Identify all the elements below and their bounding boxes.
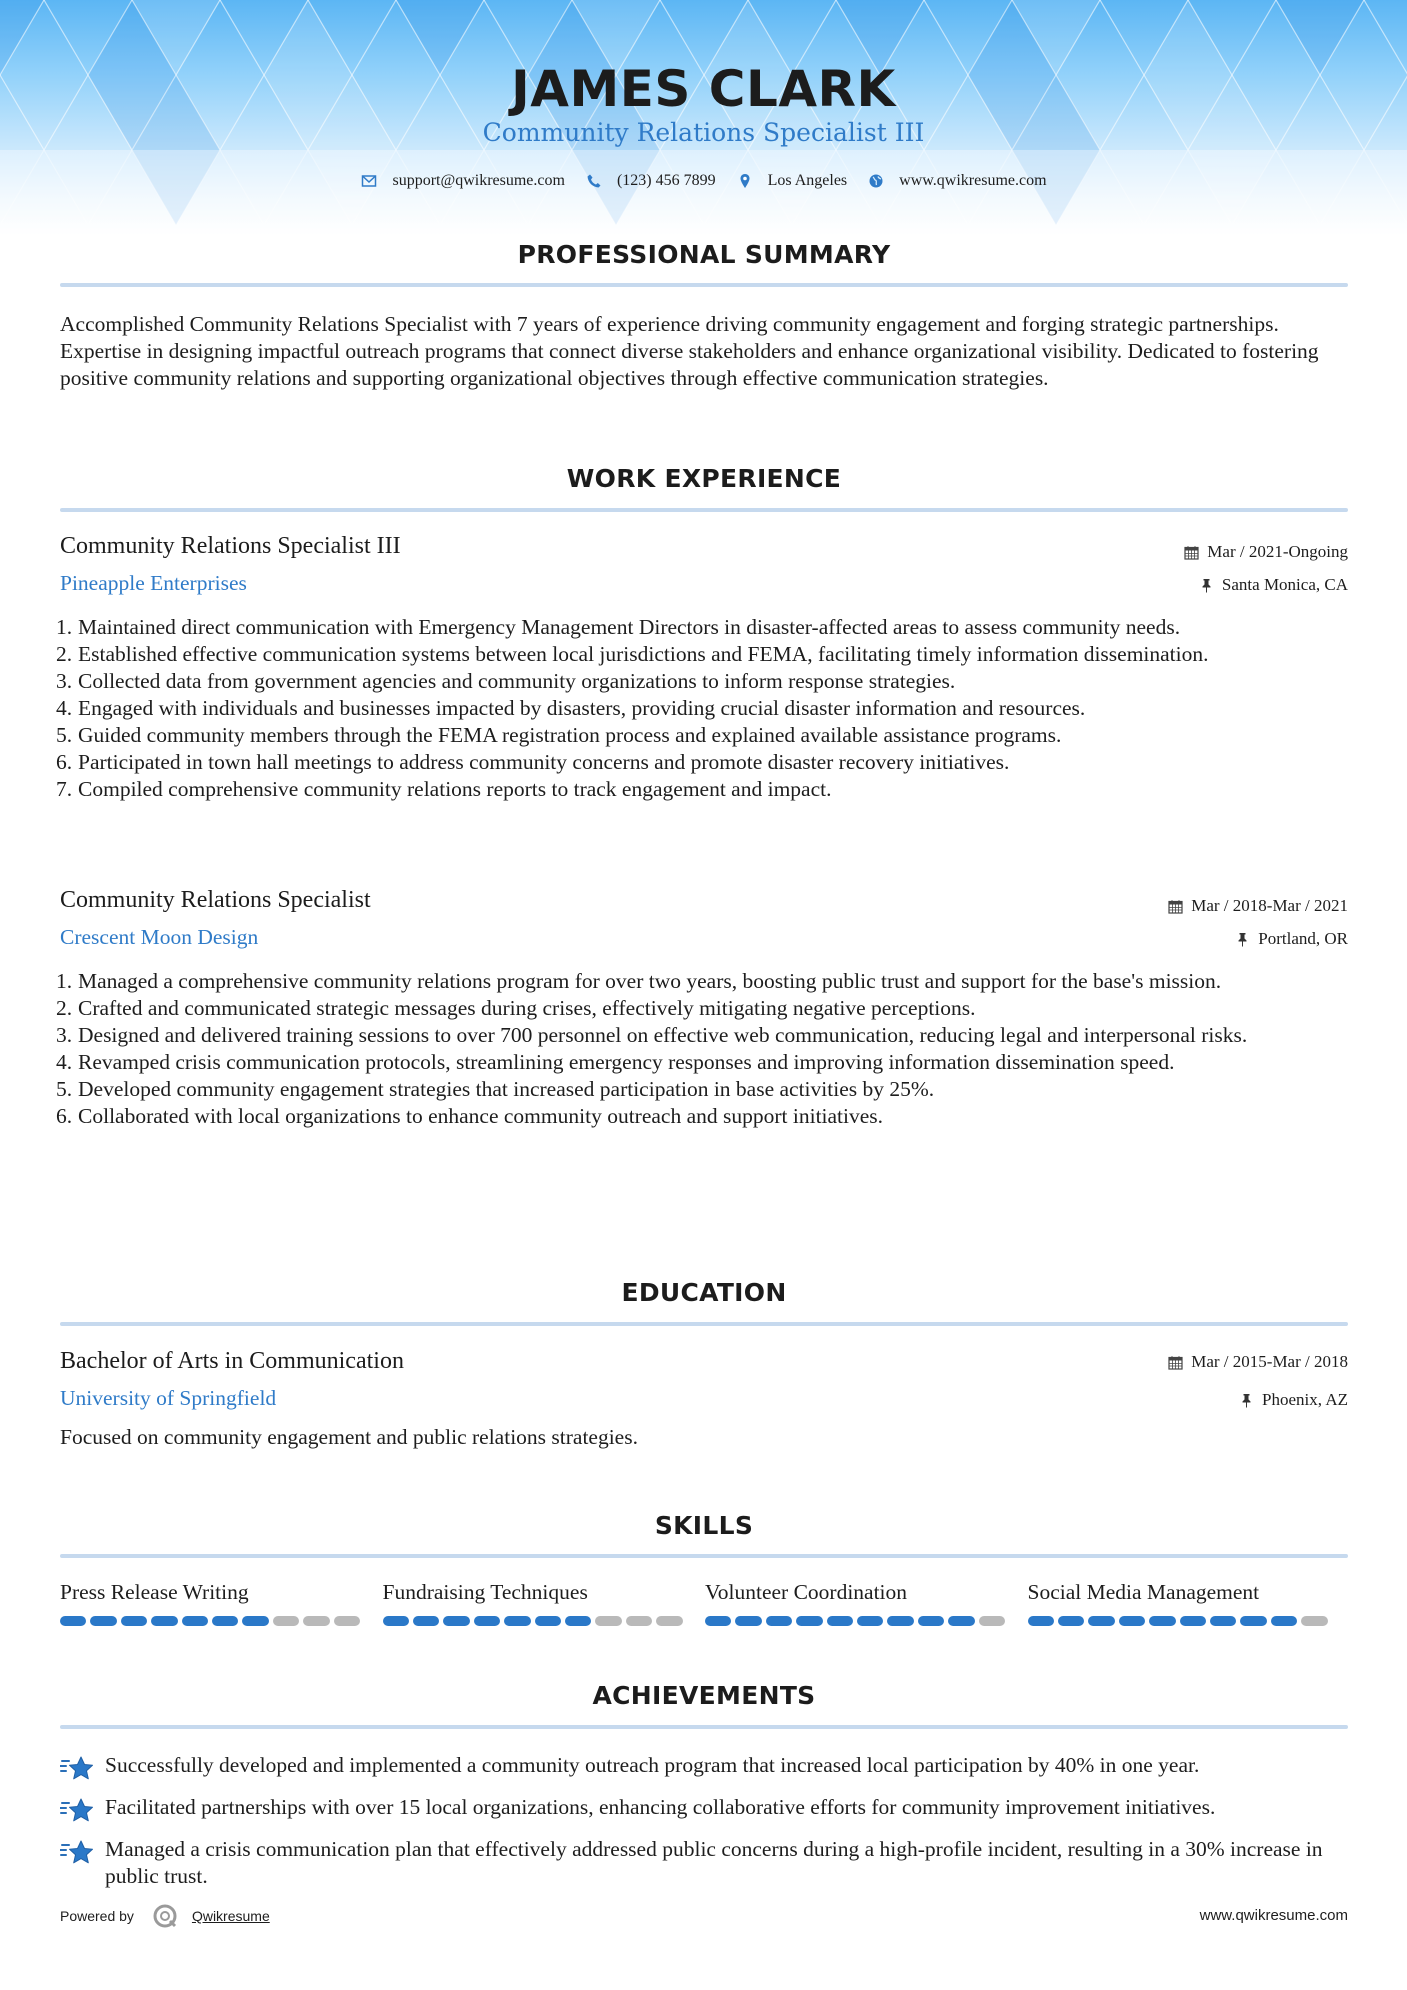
- skill-segment: [443, 1616, 469, 1626]
- job-1-title: Community Relations Specialist III: [60, 533, 401, 560]
- qwikresume-link[interactable]: Qwikresume: [192, 1908, 270, 1924]
- education-description: Focused on community engagement and publ…: [60, 1424, 1350, 1451]
- skill-segment: [735, 1616, 761, 1626]
- skill-segment: [1058, 1616, 1084, 1626]
- calendar-icon: [1168, 899, 1183, 914]
- powered-by-label: Powered by: [60, 1908, 134, 1924]
- skill-item: Press Release Writing: [60, 1580, 383, 1626]
- skill-segment: [212, 1616, 238, 1626]
- skill-segment: [887, 1616, 913, 1626]
- job-2-dates-text: Mar / 2018-Mar / 2021: [1191, 896, 1348, 916]
- skill-name: Social Media Management: [1028, 1580, 1351, 1610]
- job-1-location: Santa Monica, CA: [1199, 575, 1348, 595]
- education-dates-text: Mar / 2015-Mar / 2018: [1191, 1352, 1348, 1372]
- responsibility-text: Collected data from government agencies …: [78, 669, 955, 693]
- summary-text: Accomplished Community Relations Special…: [60, 311, 1350, 392]
- skill-segment: [656, 1616, 682, 1626]
- responsibility-text: Established effective communication syst…: [78, 642, 1209, 666]
- job-2-dates: Mar / 2018-Mar / 2021: [1168, 896, 1348, 916]
- responsibility-item: 1.Maintained direct communication with E…: [60, 614, 1350, 641]
- responsibility-item: 6.Collaborated with local organizations …: [60, 1103, 1350, 1130]
- pushpin-icon: [1199, 578, 1214, 593]
- skills-divider: [60, 1554, 1348, 1558]
- skill-segment: [1088, 1616, 1114, 1626]
- pushpin-icon: [1239, 1393, 1254, 1408]
- list-number: 6.: [56, 1103, 72, 1130]
- skill-segment: [535, 1616, 561, 1626]
- star-icon: [60, 1838, 94, 1868]
- responsibility-text: Designed and delivered training sessions…: [78, 1023, 1247, 1047]
- phone-icon: [585, 172, 603, 190]
- skill-segment: [1180, 1616, 1206, 1626]
- footer-website[interactable]: www.qwikresume.com: [1200, 1907, 1348, 1924]
- responsibility-item: 5.Developed community engagement strateg…: [60, 1076, 1350, 1103]
- skill-segment: [1149, 1616, 1175, 1626]
- responsibility-text: Revamped crisis communication protocols,…: [78, 1050, 1174, 1074]
- responsibility-item: 6.Participated in town hall meetings to …: [60, 749, 1350, 776]
- contact-website-text: www.qwikresume.com: [899, 172, 1046, 190]
- skill-item: Volunteer Coordination: [705, 1580, 1028, 1626]
- skill-name: Press Release Writing: [60, 1580, 383, 1610]
- skill-segment: [334, 1616, 360, 1626]
- star-icon: [60, 1796, 94, 1826]
- skill-segment: [1210, 1616, 1236, 1626]
- skill-segment: [766, 1616, 792, 1626]
- skill-segment: [242, 1616, 268, 1626]
- summary-divider: [60, 283, 1348, 287]
- skill-name: Fundraising Techniques: [383, 1580, 706, 1610]
- job-1-company: Pineapple Enterprises: [60, 571, 247, 596]
- achievement-item: Facilitated partnerships with over 15 lo…: [60, 1794, 1350, 1821]
- candidate-name: JAMES CLARK: [0, 60, 1407, 118]
- job-2-company: Crescent Moon Design: [60, 925, 258, 950]
- responsibility-item: 2.Crafted and communicated strategic mes…: [60, 995, 1350, 1022]
- contact-location: Los Angeles: [736, 172, 848, 190]
- skill-segment: [303, 1616, 329, 1626]
- skill-segment: [626, 1616, 652, 1626]
- skill-segment: [565, 1616, 591, 1626]
- job-1-dates-text: Mar / 2021-Ongoing: [1207, 542, 1348, 562]
- powered-by: Powered by Qwikresume: [60, 1903, 270, 1929]
- list-number: 5.: [56, 722, 72, 749]
- achievements-list: Successfully developed and implemented a…: [60, 1752, 1350, 1905]
- contact-email-text: support@qwikresume.com: [392, 172, 564, 190]
- responsibility-text: Engaged with individuals and businesses …: [78, 696, 1085, 720]
- education-dates: Mar / 2015-Mar / 2018: [1168, 1352, 1348, 1372]
- pushpin-icon: [1235, 932, 1250, 947]
- list-number: 3.: [56, 1022, 72, 1049]
- qwikresume-logo-icon: [152, 1903, 178, 1929]
- contact-bar: support@qwikresume.com (123) 456 7899 Lo…: [0, 172, 1407, 190]
- skill-segment: [1271, 1616, 1297, 1626]
- skill-segment: [948, 1616, 974, 1626]
- skill-segment: [827, 1616, 853, 1626]
- list-number: 6.: [56, 749, 72, 776]
- contact-email[interactable]: support@qwikresume.com: [360, 172, 564, 190]
- achievement-item: Managed a crisis communication plan that…: [60, 1836, 1350, 1890]
- responsibility-item: 3.Designed and delivered training sessio…: [60, 1022, 1350, 1049]
- skill-segment: [413, 1616, 439, 1626]
- experience-heading: WORK EXPERIENCE: [60, 464, 1348, 493]
- calendar-icon: [1168, 1355, 1183, 1370]
- list-number: 5.: [56, 1076, 72, 1103]
- skill-segment: [1301, 1616, 1327, 1626]
- achievement-text: Facilitated partnerships with over 15 lo…: [105, 1795, 1215, 1819]
- responsibility-item: 7.Compiled comprehensive community relat…: [60, 776, 1350, 803]
- skill-segment: [504, 1616, 530, 1626]
- achievements-divider: [60, 1725, 1348, 1729]
- responsibility-item: 3.Collected data from government agencie…: [60, 668, 1350, 695]
- responsibility-text: Compiled comprehensive community relatio…: [78, 777, 831, 801]
- list-number: 2.: [56, 995, 72, 1022]
- responsibility-text: Guided community members through the FEM…: [78, 723, 1061, 747]
- job-2-location: Portland, OR: [1235, 929, 1348, 949]
- skill-segment: [60, 1616, 86, 1626]
- summary-heading: PROFESSIONAL SUMMARY: [60, 240, 1348, 269]
- responsibility-text: Collaborated with local organizations to…: [78, 1104, 883, 1128]
- resume-header: JAMES CLARK Community Relations Speciali…: [0, 0, 1407, 235]
- responsibility-text: Managed a comprehensive community relati…: [78, 969, 1221, 993]
- contact-website[interactable]: www.qwikresume.com: [867, 172, 1046, 190]
- skill-segment: [705, 1616, 731, 1626]
- skill-segment: [1119, 1616, 1145, 1626]
- list-number: 2.: [56, 641, 72, 668]
- skill-segment: [474, 1616, 500, 1626]
- envelope-icon: [360, 172, 378, 190]
- skill-segment: [796, 1616, 822, 1626]
- skill-item: Social Media Management: [1028, 1580, 1351, 1626]
- list-number: 3.: [56, 668, 72, 695]
- contact-phone[interactable]: (123) 456 7899: [585, 172, 716, 190]
- education-degree: Bachelor of Arts in Communication: [60, 1348, 404, 1375]
- skill-segment: [151, 1616, 177, 1626]
- list-number: 4.: [56, 1049, 72, 1076]
- skill-level-bar: [383, 1616, 683, 1626]
- job-1-responsibilities: 1.Maintained direct communication with E…: [60, 614, 1350, 803]
- achievement-text: Managed a crisis communication plan that…: [105, 1837, 1323, 1888]
- skill-segment: [383, 1616, 409, 1626]
- skill-segment: [918, 1616, 944, 1626]
- contact-location-text: Los Angeles: [768, 172, 848, 190]
- list-number: 1.: [56, 614, 72, 641]
- responsibility-item: 1.Managed a comprehensive community rela…: [60, 968, 1350, 995]
- skill-level-bar: [60, 1616, 360, 1626]
- responsibility-item: 4.Revamped crisis communication protocol…: [60, 1049, 1350, 1076]
- skill-level-bar: [1028, 1616, 1328, 1626]
- education-divider: [60, 1322, 1348, 1326]
- responsibility-text: Developed community engagement strategie…: [78, 1077, 934, 1101]
- education-school: University of Springfield: [60, 1386, 276, 1411]
- star-icon: [60, 1754, 94, 1784]
- skill-segment: [182, 1616, 208, 1626]
- skill-segment: [90, 1616, 116, 1626]
- experience-divider: [60, 508, 1348, 512]
- job-2-title: Community Relations Specialist: [60, 887, 371, 914]
- skill-segment: [1240, 1616, 1266, 1626]
- list-number: 4.: [56, 695, 72, 722]
- list-number: 1.: [56, 968, 72, 995]
- candidate-title: Community Relations Specialist III: [0, 118, 1407, 147]
- job-2-location-text: Portland, OR: [1258, 929, 1348, 949]
- skill-segment: [979, 1616, 1005, 1626]
- skill-segment: [121, 1616, 147, 1626]
- responsibility-text: Participated in town hall meetings to ad…: [78, 750, 1009, 774]
- skills-heading: SKILLS: [60, 1511, 1348, 1540]
- map-marker-icon: [736, 172, 754, 190]
- skill-level-bar: [705, 1616, 1005, 1626]
- responsibility-text: Crafted and communicated strategic messa…: [78, 996, 976, 1020]
- achievements-heading: ACHIEVEMENTS: [60, 1681, 1348, 1710]
- skill-name: Volunteer Coordination: [705, 1580, 1028, 1610]
- responsibility-text: Maintained direct communication with Eme…: [78, 615, 1180, 639]
- contact-phone-text: (123) 456 7899: [617, 172, 716, 190]
- job-1-location-text: Santa Monica, CA: [1222, 575, 1348, 595]
- education-location-text: Phoenix, AZ: [1262, 1390, 1348, 1410]
- responsibility-item: 5.Guided community members through the F…: [60, 722, 1350, 749]
- calendar-icon: [1184, 545, 1199, 560]
- education-location: Phoenix, AZ: [1239, 1390, 1348, 1410]
- achievement-item: Successfully developed and implemented a…: [60, 1752, 1350, 1779]
- responsibility-item: 4.Engaged with individuals and businesse…: [60, 695, 1350, 722]
- globe-icon: [867, 172, 885, 190]
- skill-segment: [1028, 1616, 1054, 1626]
- skills-list: Press Release Writing Fundraising Techni…: [60, 1580, 1350, 1626]
- skill-segment: [857, 1616, 883, 1626]
- skill-item: Fundraising Techniques: [383, 1580, 706, 1626]
- achievement-text: Successfully developed and implemented a…: [105, 1753, 1199, 1777]
- responsibility-item: 2.Established effective communication sy…: [60, 641, 1350, 668]
- skill-segment: [595, 1616, 621, 1626]
- job-1-dates: Mar / 2021-Ongoing: [1184, 542, 1348, 562]
- list-number: 7.: [56, 776, 72, 803]
- education-heading: EDUCATION: [60, 1278, 1348, 1307]
- skill-segment: [273, 1616, 299, 1626]
- job-2-responsibilities: 1.Managed a comprehensive community rela…: [60, 968, 1350, 1130]
